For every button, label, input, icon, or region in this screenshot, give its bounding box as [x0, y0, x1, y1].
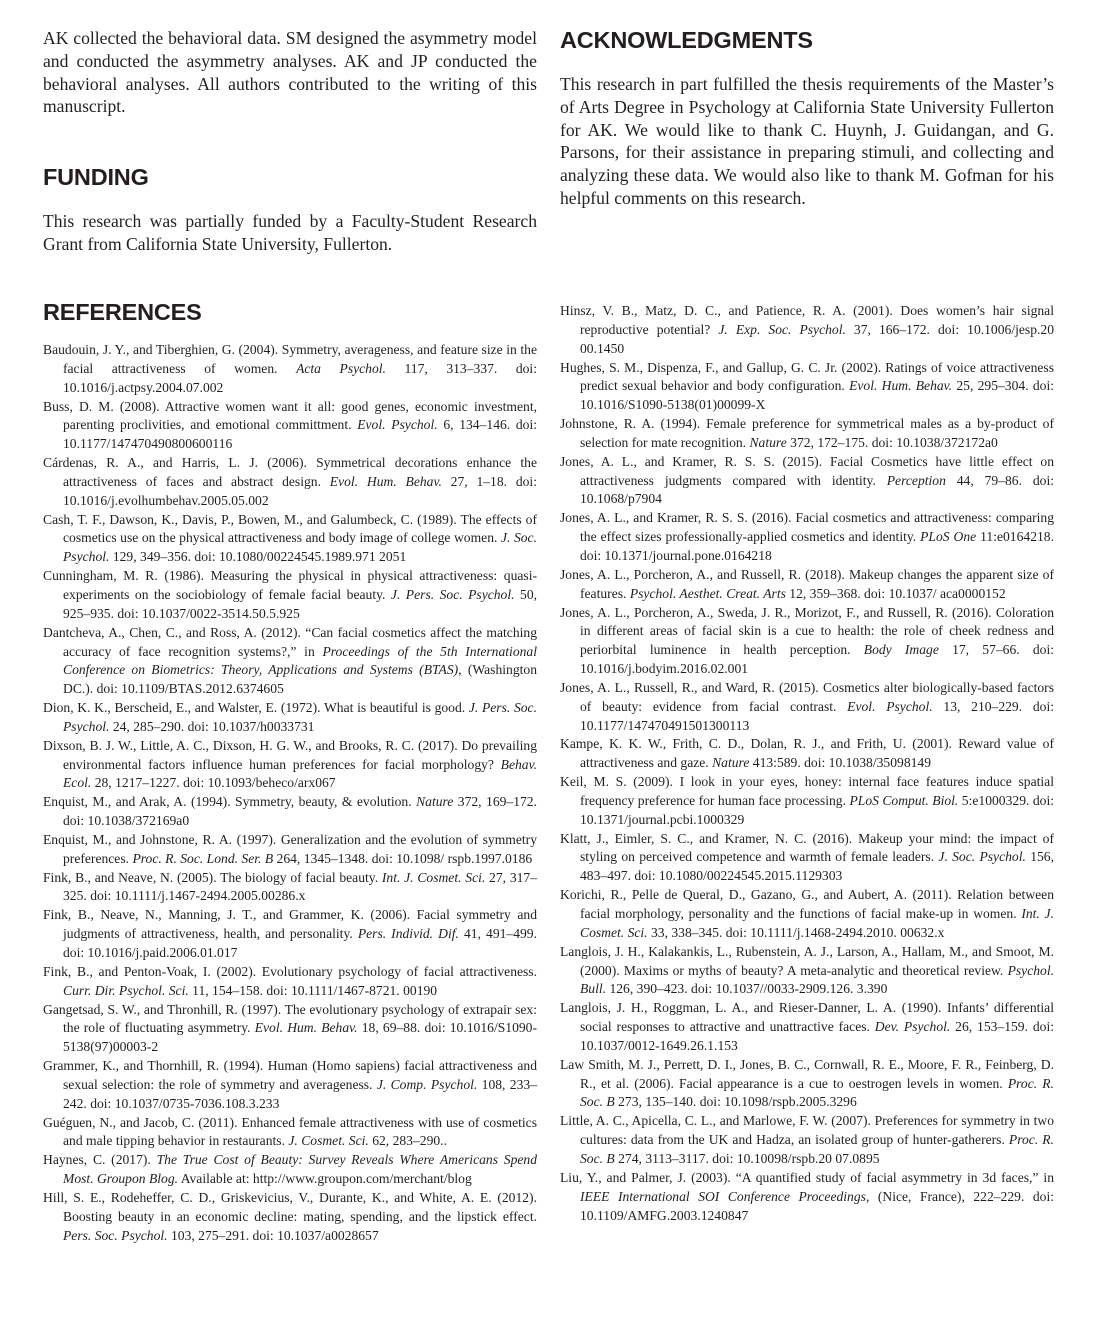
reference-entry: Enquist, M., and Arak, A. (1994). Symmet… [43, 793, 537, 831]
reference-journal: Perception [887, 473, 946, 488]
reference-entry: Keil, M. S. (2009). I look in your eyes,… [560, 773, 1054, 830]
reference-entry: Cárdenas, R. A., and Harris, L. J. (2006… [43, 454, 537, 511]
reference-entry: Law Smith, M. J., Perrett, D. I., Jones,… [560, 1056, 1054, 1113]
reference-entry: Little, A. C., Apicella, C. L., and Marl… [560, 1112, 1054, 1169]
reference-journal: J. Pers. Soc. Psychol. [391, 587, 515, 602]
reference-text: 33, 338–345. doi: 10.1111/j.1468-2494.20… [648, 925, 945, 940]
reference-journal: Int. J. Cosmet. Sci. [382, 870, 485, 885]
reference-entry: Langlois, J. H., Kalakankis, L., Rubenst… [560, 943, 1054, 1000]
reference-entry: Hill, S. E., Rodeheffer, C. D., Griskevi… [43, 1189, 537, 1246]
reference-entry: Grammer, K., and Thornhill, R. (1994). H… [43, 1057, 537, 1114]
reference-journal: Acta Psychol. [296, 361, 386, 376]
funding-heading: FUNDING [43, 163, 149, 191]
reference-text: Langlois, J. H., Kalakankis, L., Rubenst… [560, 944, 1054, 978]
reference-entry: Fink, B., and Penton-Voak, I. (2002). Ev… [43, 963, 537, 1001]
reference-journal: Dev. Psychol. [875, 1019, 951, 1034]
acknowledgments-text: This research in part fulfilled the thes… [560, 73, 1054, 210]
reference-text: 11, 154–158. doi: 10.1111/1467-8721. 001… [189, 983, 437, 998]
reference-entry: Jones, A. L., and Kramer, R. S. S. (2015… [560, 453, 1054, 510]
reference-entry: Jones, A. L., Porcheron, A., Sweda, J. R… [560, 604, 1054, 679]
reference-journal: Nature [712, 755, 749, 770]
reference-journal: J. Cosmet. Sci. [288, 1133, 368, 1148]
reference-entry: Korichi, R., Pelle de Queral, D., Gazano… [560, 886, 1054, 943]
reference-entry: Hinsz, V. B., Matz, D. C., and Patience,… [560, 302, 1054, 359]
references-list-right: Hinsz, V. B., Matz, D. C., and Patience,… [560, 302, 1054, 1225]
reference-entry: Cunningham, M. R. (1986). Measuring the … [43, 567, 537, 624]
reference-journal: Evol. Hum. Behav. [255, 1020, 358, 1035]
acknowledgments-heading: ACKNOWLEDGMENTS [560, 26, 813, 54]
reference-entry: Dixson, B. J. W., Little, A. C., Dixson,… [43, 737, 537, 794]
funding-text: This research was partially funded by a … [43, 210, 537, 256]
reference-entry: Jones, A. L., and Kramer, R. S. S. (2016… [560, 509, 1054, 566]
reference-journal: Psychol. Aesthet. Creat. Arts [630, 586, 786, 601]
reference-entry: Haynes, C. (2017). The True Cost of Beau… [43, 1151, 537, 1189]
reference-text: 372, 172–175. doi: 10.1038/372172a0 [787, 435, 998, 450]
reference-entry: Jones, A. L., Russell, R., and Ward, R. … [560, 679, 1054, 736]
reference-journal: J. Exp. Soc. Psychol. [718, 322, 846, 337]
reference-journal: Nature [749, 435, 786, 450]
reference-entry: Baudouin, J. Y., and Tiberghien, G. (200… [43, 341, 537, 398]
reference-text: Cash, T. F., Dawson, K., Davis, P., Bowe… [43, 512, 537, 546]
reference-entry: Fink, B., and Neave, N. (2005). The biol… [43, 869, 537, 907]
reference-entry: Langlois, J. H., Roggman, L. A., and Rie… [560, 999, 1054, 1056]
reference-text: Fink, B., and Neave, N. (2005). The biol… [43, 870, 382, 885]
reference-text: Little, A. C., Apicella, C. L., and Marl… [560, 1113, 1054, 1147]
reference-text: Dion, K. K., Berscheid, E., and Walster,… [43, 700, 469, 715]
reference-entry: Cash, T. F., Dawson, K., Davis, P., Bowe… [43, 511, 537, 568]
reference-entry: Buss, D. M. (2008). Attractive women wan… [43, 398, 537, 455]
reference-journal: Proc. R. Soc. Lond. Ser. B [132, 851, 273, 866]
reference-entry: Klatt, J., Eimler, S. C., and Kramer, N.… [560, 830, 1054, 887]
reference-text: 62, 283–290.. [369, 1133, 447, 1148]
reference-entry: Liu, Y., and Palmer, J. (2003). “A quant… [560, 1169, 1054, 1226]
reference-entry: Enquist, M., and Johnstone, R. A. (1997)… [43, 831, 537, 869]
author-contributions-text: AK collected the behavioral data. SM des… [43, 27, 537, 118]
reference-journal: Curr. Dir. Psychol. Sci. [63, 983, 189, 998]
reference-text: 126, 390–423. doi: 10.1037//0033-2909.12… [606, 981, 887, 996]
reference-text: 413:589. doi: 10.1038/35098149 [749, 755, 931, 770]
reference-entry: Kampe, K. K. W., Frith, C. D., Dolan, R.… [560, 735, 1054, 773]
reference-journal: Evol. Psychol. [847, 699, 933, 714]
reference-text: Fink, B., and Penton-Voak, I. (2002). Ev… [43, 964, 537, 979]
reference-text: 24, 285–290. doi: 10.1037/h0033731 [109, 719, 314, 734]
reference-text: 264, 1345–1348. doi: 10.1098/ rspb.1997.… [273, 851, 532, 866]
reference-text: 12, 359–368. doi: 10.1037/ aca0000152 [786, 586, 1006, 601]
reference-text: Liu, Y., and Palmer, J. (2003). “A quant… [560, 1170, 1054, 1185]
reference-text: Haynes, C. (2017). [43, 1152, 157, 1167]
reference-journal: PLoS Comput. Biol. [849, 793, 958, 808]
reference-text: 273, 135–140. doi: 10.1098/rspb.2005.329… [615, 1094, 857, 1109]
reference-text: Enquist, M., and Arak, A. (1994). Symmet… [43, 794, 416, 809]
reference-text: Law Smith, M. J., Perrett, D. I., Jones,… [560, 1057, 1054, 1091]
reference-text: 274, 3113–3117. doi: 10.10098/rspb.20 07… [615, 1151, 880, 1166]
reference-text: 28, 1217–1227. doi: 10.1093/beheco/arx06… [91, 775, 335, 790]
references-heading: REFERENCES [43, 298, 202, 326]
reference-journal: Pers. Soc. Psychol. [63, 1228, 168, 1243]
reference-journal: Body Image [864, 642, 939, 657]
reference-text: Hill, S. E., Rodeheffer, C. D., Griskevi… [43, 1190, 537, 1224]
reference-journal: PLoS One [920, 529, 976, 544]
reference-journal: Pers. Individ. Dif. [358, 926, 459, 941]
reference-journal: J. Comp. Psychol. [377, 1077, 477, 1092]
reference-text: Korichi, R., Pelle de Queral, D., Gazano… [560, 887, 1054, 921]
reference-text: 103, 275–291. doi: 10.1037/a0028657 [168, 1228, 379, 1243]
reference-entry: Dion, K. K., Berscheid, E., and Walster,… [43, 699, 537, 737]
reference-entry: Jones, A. L., Porcheron, A., and Russell… [560, 566, 1054, 604]
reference-entry: Dantcheva, A., Chen, C., and Ross, A. (2… [43, 624, 537, 699]
reference-entry: Guéguen, N., and Jacob, C. (2011). Enhan… [43, 1114, 537, 1152]
reference-journal: Nature [416, 794, 453, 809]
references-list-left: Baudouin, J. Y., and Tiberghien, G. (200… [43, 341, 537, 1246]
reference-journal: Evol. Hum. Behav. [849, 378, 952, 393]
reference-entry: Gangetsad, S. W., and Thronhill, R. (199… [43, 1001, 537, 1058]
reference-journal: Evol. Hum. Behav. [330, 474, 442, 489]
reference-text: Dixson, B. J. W., Little, A. C., Dixson,… [43, 738, 537, 772]
reference-text: 129, 349–356. doi: 10.1080/00224545.1989… [109, 549, 406, 564]
reference-entry: Hughes, S. M., Dispenza, F., and Gallup,… [560, 359, 1054, 416]
reference-text: Available at: http://www.groupon.com/mer… [178, 1171, 472, 1186]
reference-journal: J. Soc. Psychol. [938, 849, 1026, 864]
reference-journal: Evol. Psychol. [357, 417, 437, 432]
reference-journal: IEEE International SOI Conference Procee… [580, 1189, 866, 1204]
reference-entry: Fink, B., Neave, N., Manning, J. T., and… [43, 906, 537, 963]
reference-entry: Johnstone, R. A. (1994). Female preferen… [560, 415, 1054, 453]
